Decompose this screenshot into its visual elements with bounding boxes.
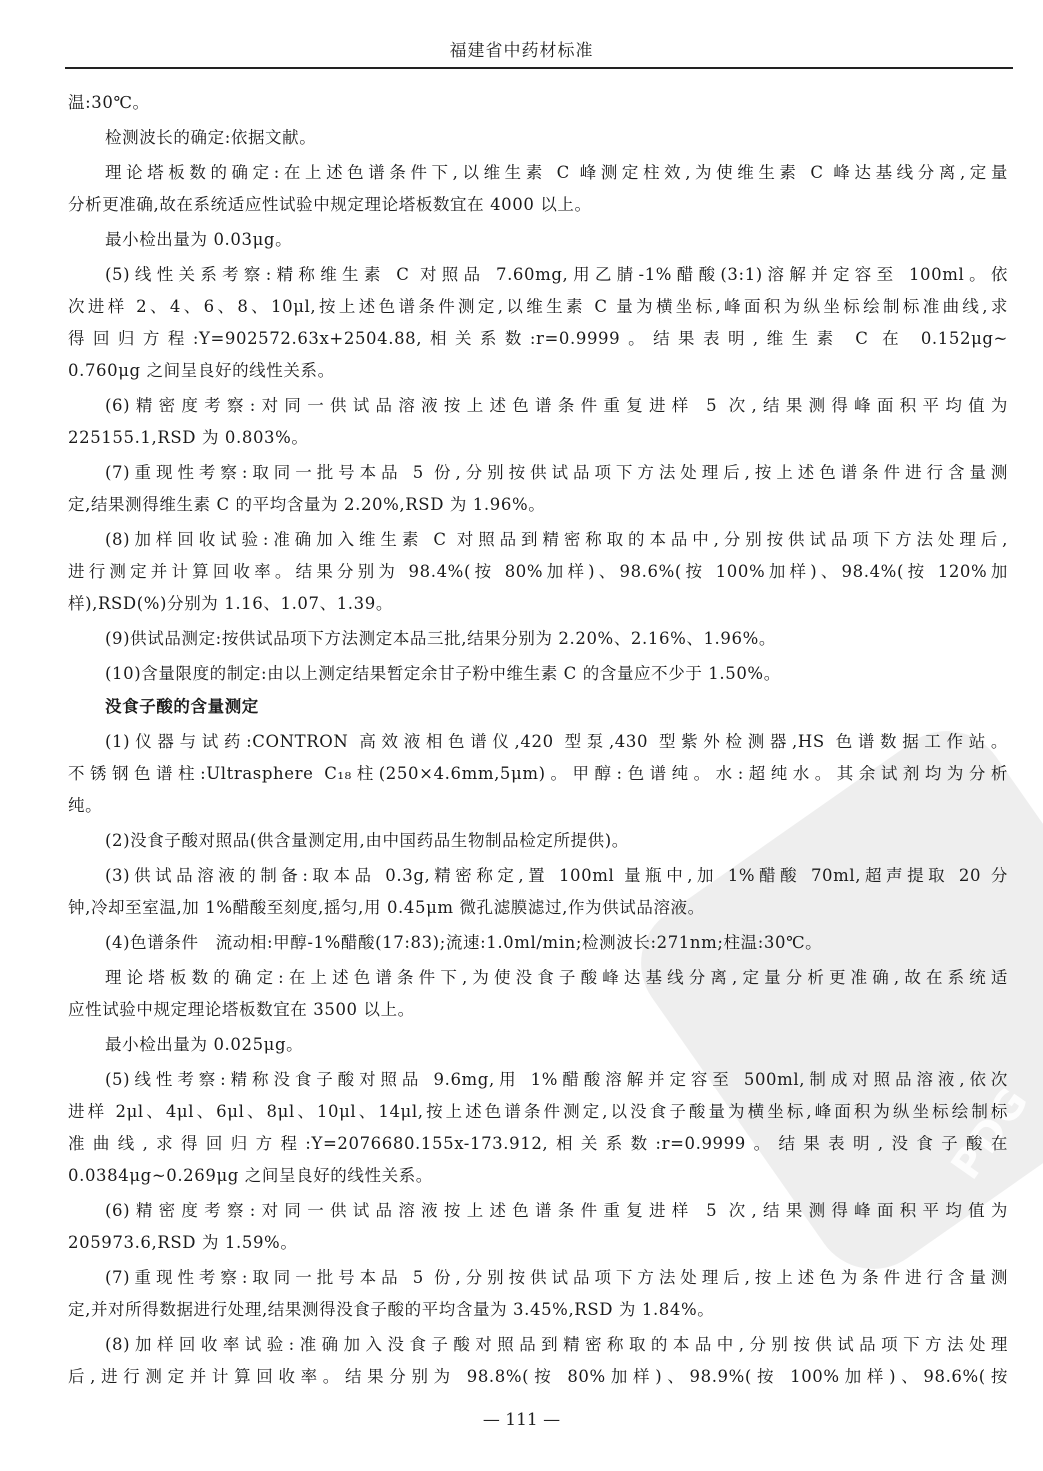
text-line: 分析更准确,故在系统适应性试验中规定理论塔板数宜在 4000 以上。 bbox=[68, 194, 1008, 216]
text-line: (10)含量限度的制定:由以上测定结果暂定余甘子粉中维生素 C 的含量应不少于 … bbox=[105, 663, 1008, 685]
text-line: (6)精密度考察:对同一供试品溶液按上述色谱条件重复进样 5 次,结果测得峰面积… bbox=[105, 1200, 1008, 1222]
text-line: 温:30℃。 bbox=[68, 92, 1008, 114]
text-line: (8)加样回收试验:准确加入维生素 C 对照品到精密称取的本品中,分别按供试品项… bbox=[105, 529, 1008, 551]
text-line: 理论塔板数的确定:在上述色谱条件下,为使没食子酸峰达基线分离,定量分析更准确,故… bbox=[105, 967, 1008, 989]
text-line: 后,进行测定并计算回收率。结果分别为 98.8%(按 80%加样)、98.9%(… bbox=[68, 1366, 1008, 1388]
text-line: (7)重现性考察:取同一批号本品 5 份,分别按供试品项下方法处理后,按上述色为… bbox=[105, 1267, 1008, 1289]
text-line: 进样 2μl、4μl、6μl、8μl、10μl、14μl,按上述色谱条件测定,以… bbox=[68, 1101, 1008, 1123]
text-line: 不锈钢色谱柱:Ultrasphere C₁₈柱(250×4.6mm,5μm)。甲… bbox=[68, 763, 1008, 785]
text-line: 225155.1,RSD 为 0.803%。 bbox=[68, 427, 1008, 449]
text-line: (8)加样回收率试验:准确加入没食子酸对照品到精密称取的本品中,分别按供试品项下… bbox=[105, 1334, 1008, 1356]
text-line: 进行测定并计算回收率。结果分别为 98.4%(按 80%加样)、98.6%(按 … bbox=[68, 561, 1008, 583]
page-number: — 111 — bbox=[0, 1410, 1043, 1430]
text-line: (7)重现性考察:取同一批号本品 5 份,分别按供试品项下方法处理后,按上述色谱… bbox=[105, 462, 1008, 484]
document-page: PDG 福建省中药材标准 温:30℃。检测波长的确定:依据文献。理论塔板数的确定… bbox=[0, 0, 1043, 1471]
text-line: 得回归方程:Y=902572.63x+2504.88,相关系数:r=0.9999… bbox=[68, 328, 1008, 350]
text-line: 理论塔板数的确定:在上述色谱条件下,以维生素 C 峰测定柱效,为使维生素 C 峰… bbox=[105, 162, 1008, 184]
text-line: 205973.6,RSD 为 1.59%。 bbox=[68, 1232, 1008, 1254]
text-line: (5)线性考察:精称没食子酸对照品 9.6mg,用 1%醋酸溶解并定容至 500… bbox=[105, 1069, 1008, 1091]
text-line: 0.760μg 之间呈良好的线性关系。 bbox=[68, 360, 1008, 382]
text-line: (6)精密度考察:对同一供试品溶液按上述色谱条件重复进样 5 次,结果测得峰面积… bbox=[105, 395, 1008, 417]
text-line: 次进样 2、4、6、8、10μl,按上述色谱条件测定,以维生素 C 量为横坐标,… bbox=[68, 296, 1008, 318]
text-line: 0.0384μg~0.269μg 之间呈良好的线性关系。 bbox=[68, 1165, 1008, 1187]
text-line: (2)没食子酸对照品(供含量测定用,由中国药品生物制品检定所提供)。 bbox=[105, 830, 1008, 852]
header-rule bbox=[65, 67, 1013, 69]
text-line: 定,并对所得数据进行处理,结果测得没食子酸的平均含量为 3.45%,RSD 为 … bbox=[68, 1299, 1008, 1321]
text-line: 应性试验中规定理论塔板数宜在 3500 以上。 bbox=[68, 999, 1008, 1021]
running-header-title: 福建省中药材标准 bbox=[0, 36, 1043, 61]
text-line: (4)色谱条件 流动相:甲醇-1%醋酸(17:83);流速:1.0ml/min;… bbox=[105, 932, 1008, 954]
text-line: 钟,冷却至室温,加 1%醋酸至刻度,摇匀,用 0.45μm 微孔滤膜滤过,作为供… bbox=[68, 897, 1008, 919]
section-heading: 没食子酸的含量测定 bbox=[105, 696, 1008, 718]
text-line: 最小检出量为 0.025μg。 bbox=[105, 1034, 1008, 1056]
text-line: (5)线性关系考察:精称维生素 C 对照品 7.60mg,用乙腈-1%醋酸(3:… bbox=[105, 264, 1008, 286]
text-line: 样),RSD(%)分别为 1.16、1.07、1.39。 bbox=[68, 593, 1008, 615]
text-line: 定,结果测得维生素 C 的平均含量为 2.20%,RSD 为 1.96%。 bbox=[68, 494, 1008, 516]
text-line: 检测波长的确定:依据文献。 bbox=[105, 127, 1008, 149]
text-line: (9)供试品测定:按供试品项下方法测定本品三批,结果分别为 2.20%、2.16… bbox=[105, 628, 1008, 650]
text-line: (3)供试品溶液的制备:取本品 0.3g,精密称定,置 100ml 量瓶中,加 … bbox=[105, 865, 1008, 887]
text-line: 最小检出量为 0.03μg。 bbox=[105, 229, 1008, 251]
text-line: (1)仪器与试药:CONTRON 高效液相色谱仪,420 型泵,430 型紫外检… bbox=[105, 731, 1008, 753]
text-line: 纯。 bbox=[68, 795, 1008, 817]
text-line: 准曲线,求得回归方程:Y=2076680.155x-173.912,相关系数:r… bbox=[68, 1133, 1008, 1155]
